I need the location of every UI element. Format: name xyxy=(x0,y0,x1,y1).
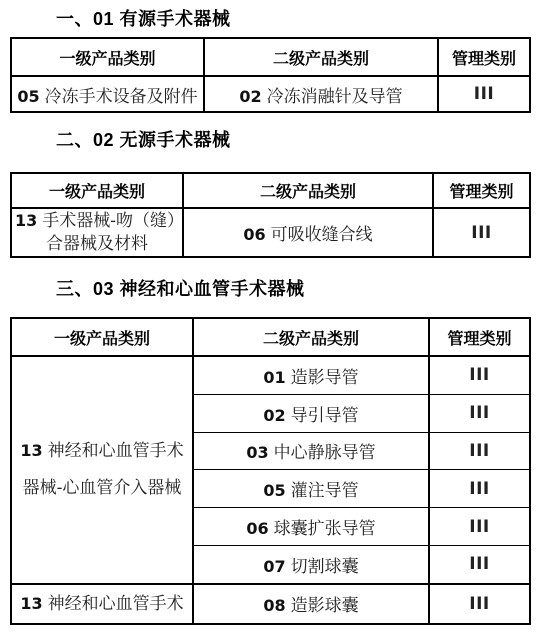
category-code: 02 xyxy=(263,406,285,425)
table-header-row: 一级产品类别 二级产品类别 管理类别 xyxy=(11,173,530,208)
category-name: 造影球囊 xyxy=(291,596,359,616)
management-category-cell: III xyxy=(429,508,530,546)
category-name: 神经和心血管手术 xyxy=(48,594,184,614)
table-row: 05冷冻手术设备及附件 02冷冻消融针及导管 III xyxy=(11,76,530,112)
primary-category-header: 一级产品类别 xyxy=(11,318,193,356)
secondary-category-cell: 06可吸收缝合线 xyxy=(183,208,433,257)
table-row: 13神经和心血管手术 器械-心血管介入器械 01造影导管 III xyxy=(11,356,530,394)
category-name: 合器械及材料 xyxy=(15,233,179,256)
management-category-cell: III xyxy=(429,470,530,508)
classification-table-active-surgical: 一级产品类别 二级产品类别 管理类别 05冷冻手术设备及附件 02冷冻消融针及导… xyxy=(10,37,531,113)
category-name: 可吸收缝合线 xyxy=(271,225,373,245)
secondary-category-cell: 05灌注导管 xyxy=(193,470,429,508)
secondary-category-cell: 03中心静脉导管 xyxy=(193,432,429,470)
document-page: 一、01 有源手术器械 一级产品类别 二级产品类别 管理类别 05冷冻手术设备及… xyxy=(0,0,539,625)
category-code: 13 xyxy=(15,211,37,230)
category-name: 冷冻手术设备及附件 xyxy=(45,87,198,107)
management-category-cell: III xyxy=(433,208,530,257)
secondary-category-header: 二级产品类别 xyxy=(193,318,429,356)
management-category-header: 管理类别 xyxy=(433,173,530,208)
table-header-row: 一级产品类别 二级产品类别 管理类别 xyxy=(11,318,530,356)
table-row: 13手术器械-吻（缝） 合器械及材料 06可吸收缝合线 III xyxy=(11,208,530,257)
secondary-category-header: 二级产品类别 xyxy=(183,173,433,208)
primary-category-cell: 13神经和心血管手术 器械-心血管介入器械 xyxy=(11,356,193,584)
category-code: 06 xyxy=(243,225,265,244)
section-1-heading: 一、01 有源手术器械 xyxy=(56,0,539,30)
category-name: 灌注导管 xyxy=(291,481,359,501)
category-name: 切割球囊 xyxy=(291,557,359,577)
category-name: 神经和心血管手术 xyxy=(48,441,184,461)
classification-table-neuro-cardio: 一级产品类别 二级产品类别 管理类别 13神经和心血管手术 器械-心血管介入器械… xyxy=(10,317,531,625)
management-category-cell: III xyxy=(429,432,530,470)
management-category-cell: III xyxy=(429,394,530,432)
category-code: 06 xyxy=(246,519,268,538)
management-category-cell: III xyxy=(438,76,530,112)
classification-table-passive-surgical: 一级产品类别 二级产品类别 管理类别 13手术器械-吻（缝） 合器械及材料 06… xyxy=(10,172,531,258)
secondary-category-cell: 02冷冻消融针及导管 xyxy=(204,76,438,112)
primary-category-header: 一级产品类别 xyxy=(11,173,183,208)
category-name: 中心静脉导管 xyxy=(274,443,376,463)
section-2-heading: 二、02 无源手术器械 xyxy=(56,129,539,151)
table-row: 13神经和心血管手术 08造影球囊 III xyxy=(11,584,530,624)
category-code: 01 xyxy=(263,368,285,387)
management-category-header: 管理类别 xyxy=(429,318,530,356)
category-code: 08 xyxy=(263,596,285,615)
section-3-heading: 三、03 神经和心血管手术器械 xyxy=(56,278,539,300)
secondary-category-cell: 02导引导管 xyxy=(193,394,429,432)
secondary-category-header: 二级产品类别 xyxy=(204,38,438,76)
primary-category-cell: 13手术器械-吻（缝） 合器械及材料 xyxy=(11,208,183,257)
secondary-category-cell: 08造影球囊 xyxy=(193,584,429,624)
category-name: 导引导管 xyxy=(291,406,359,426)
category-code: 13 xyxy=(20,594,42,613)
management-category-cell: III xyxy=(429,356,530,394)
category-code: 03 xyxy=(246,443,268,462)
category-name: 造影导管 xyxy=(291,368,359,388)
category-code: 02 xyxy=(239,87,261,106)
table-header-row: 一级产品类别 二级产品类别 管理类别 xyxy=(11,38,530,76)
category-name: 冷冻消融针及导管 xyxy=(267,87,403,107)
secondary-category-cell: 07切割球囊 xyxy=(193,545,429,583)
category-code: 05 xyxy=(17,87,39,106)
management-category-cell: III xyxy=(429,545,530,583)
primary-category-cell: 05冷冻手术设备及附件 xyxy=(11,76,204,112)
primary-category-cell: 13神经和心血管手术 xyxy=(11,584,193,624)
secondary-category-cell: 06球囊扩张导管 xyxy=(193,508,429,546)
management-category-header: 管理类别 xyxy=(438,38,530,76)
category-name: 球囊扩张导管 xyxy=(274,519,376,539)
category-code: 13 xyxy=(20,441,42,460)
management-category-cell: III xyxy=(429,584,530,624)
category-name: 手术器械-吻（缝） xyxy=(42,211,184,231)
category-code: 07 xyxy=(263,557,285,576)
secondary-category-cell: 01造影导管 xyxy=(193,356,429,394)
category-name: 器械-心血管介入器械 xyxy=(15,470,189,507)
category-code: 05 xyxy=(263,481,285,500)
primary-category-header: 一级产品类别 xyxy=(11,38,204,76)
